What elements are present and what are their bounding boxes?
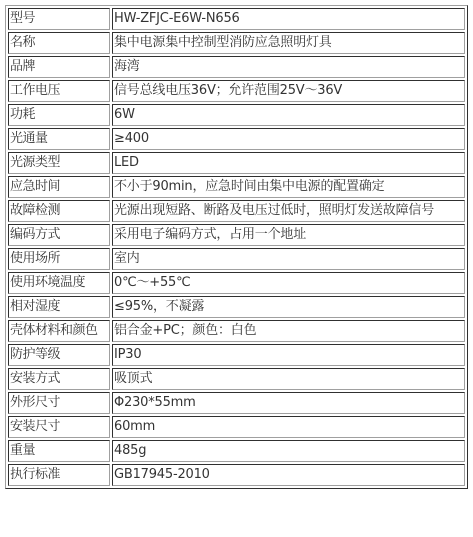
row-label: 重量 bbox=[8, 440, 110, 462]
row-label: 工作电压 bbox=[8, 80, 110, 102]
table-row: 名称集中电源集中控制型消防应急照明灯具 bbox=[8, 32, 465, 54]
row-value: 海湾 bbox=[112, 56, 465, 78]
row-label: 型号 bbox=[8, 8, 110, 30]
table-row: 相对湿度≤95%，不凝露 bbox=[8, 296, 465, 318]
table-row: 应急时间不小于90min，应急时间由集中电源的配置确定 bbox=[8, 176, 465, 198]
table-row: 执行标准GB17945-2010 bbox=[8, 464, 465, 486]
row-label: 名称 bbox=[8, 32, 110, 54]
row-value: GB17945-2010 bbox=[112, 464, 465, 486]
row-value: LED bbox=[112, 152, 465, 174]
row-label: 品牌 bbox=[8, 56, 110, 78]
row-value: 光源出现短路、断路及电压过低时，照明灯发送故障信号 bbox=[112, 200, 465, 222]
table-row: 壳体材料和颜色铝合金+PC；颜色：白色 bbox=[8, 320, 465, 342]
row-value: 吸顶式 bbox=[112, 368, 465, 390]
row-label: 编码方式 bbox=[8, 224, 110, 246]
row-value: Φ230*55mm bbox=[112, 392, 465, 414]
row-label: 外形尺寸 bbox=[8, 392, 110, 414]
row-label: 光通量 bbox=[8, 128, 110, 150]
row-label: 相对湿度 bbox=[8, 296, 110, 318]
row-value: 485g bbox=[112, 440, 465, 462]
row-value: 60mm bbox=[112, 416, 465, 438]
table-row: 光通量≥400 bbox=[8, 128, 465, 150]
row-label: 光源类型 bbox=[8, 152, 110, 174]
row-value: 集中电源集中控制型消防应急照明灯具 bbox=[112, 32, 465, 54]
row-label: 使用环境温度 bbox=[8, 272, 110, 294]
table-row: 工作电压信号总线电压36V；允许范围25V～36V bbox=[8, 80, 465, 102]
row-label: 执行标准 bbox=[8, 464, 110, 486]
row-label: 防护等级 bbox=[8, 344, 110, 366]
table-row: 外形尺寸Φ230*55mm bbox=[8, 392, 465, 414]
row-value: 室内 bbox=[112, 248, 465, 270]
row-label: 安装方式 bbox=[8, 368, 110, 390]
row-value: 不小于90min，应急时间由集中电源的配置确定 bbox=[112, 176, 465, 198]
table-row: 使用场所室内 bbox=[8, 248, 465, 270]
spec-table-container: 型号HW-ZFJC-E6W-N656 名称集中电源集中控制型消防应急照明灯具 品… bbox=[5, 5, 468, 489]
row-value: 6W bbox=[112, 104, 465, 126]
table-row: 防护等级IP30 bbox=[8, 344, 465, 366]
table-row: 安装方式吸顶式 bbox=[8, 368, 465, 390]
table-row: 编码方式采用电子编码方式，占用一个地址 bbox=[8, 224, 465, 246]
row-value: 0℃～+55℃ bbox=[112, 272, 465, 294]
row-label: 功耗 bbox=[8, 104, 110, 126]
table-row: 型号HW-ZFJC-E6W-N656 bbox=[8, 8, 465, 30]
row-value: ≥400 bbox=[112, 128, 465, 150]
table-row: 重量485g bbox=[8, 440, 465, 462]
row-label: 使用场所 bbox=[8, 248, 110, 270]
table-row: 使用环境温度0℃～+55℃ bbox=[8, 272, 465, 294]
row-value: 采用电子编码方式，占用一个地址 bbox=[112, 224, 465, 246]
product-spec-table: 型号HW-ZFJC-E6W-N656 名称集中电源集中控制型消防应急照明灯具 品… bbox=[5, 5, 468, 489]
row-label: 应急时间 bbox=[8, 176, 110, 198]
table-row: 品牌海湾 bbox=[8, 56, 465, 78]
table-row: 光源类型LED bbox=[8, 152, 465, 174]
table-row: 安装尺寸60mm bbox=[8, 416, 465, 438]
row-label: 安装尺寸 bbox=[8, 416, 110, 438]
row-value: 铝合金+PC；颜色：白色 bbox=[112, 320, 465, 342]
spec-table-body: 型号HW-ZFJC-E6W-N656 名称集中电源集中控制型消防应急照明灯具 品… bbox=[8, 8, 465, 486]
row-value: 信号总线电压36V；允许范围25V～36V bbox=[112, 80, 465, 102]
row-value: ≤95%，不凝露 bbox=[112, 296, 465, 318]
row-value: IP30 bbox=[112, 344, 465, 366]
table-row: 故障检测光源出现短路、断路及电压过低时，照明灯发送故障信号 bbox=[8, 200, 465, 222]
table-row: 功耗6W bbox=[8, 104, 465, 126]
row-label: 壳体材料和颜色 bbox=[8, 320, 110, 342]
row-value: HW-ZFJC-E6W-N656 bbox=[112, 8, 465, 30]
row-label: 故障检测 bbox=[8, 200, 110, 222]
